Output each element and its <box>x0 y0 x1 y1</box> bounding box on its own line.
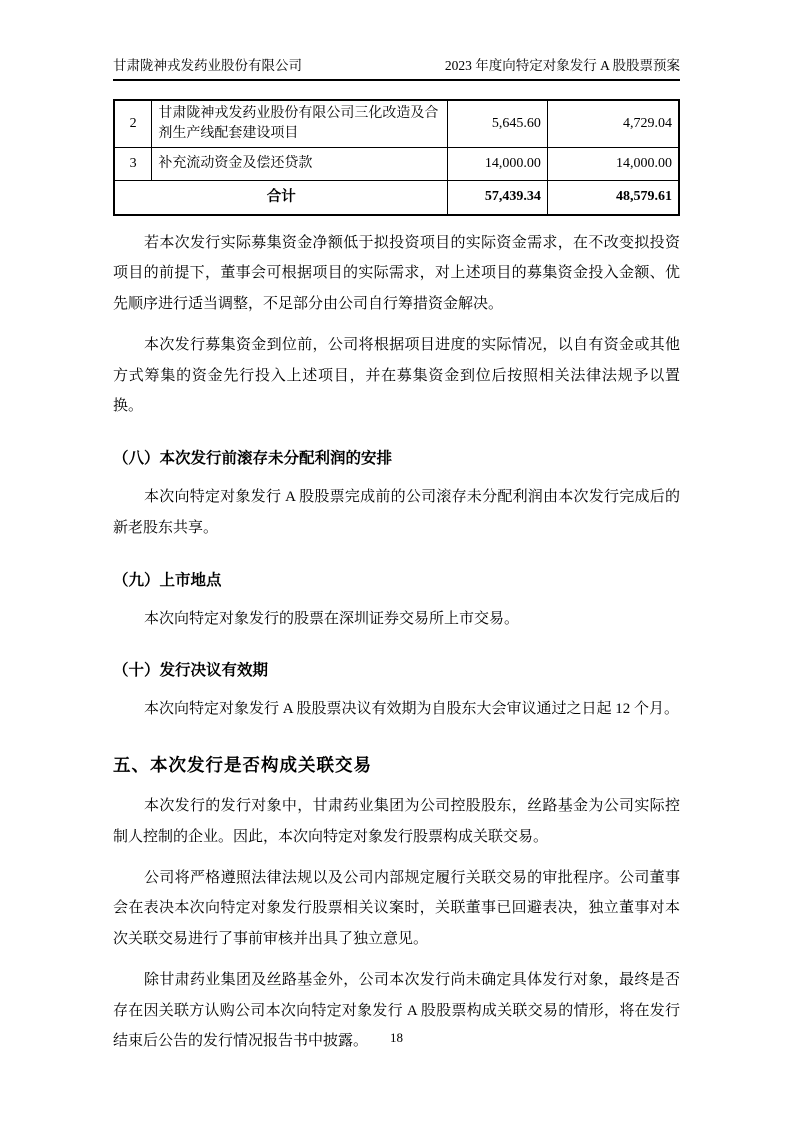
project-name-cell: 甘肃陇神戎发药业股份有限公司三化改造及合剂生产线配套建设项目 <box>152 100 448 148</box>
table-total-row: 合计 57,439.34 48,579.61 <box>114 181 679 215</box>
paragraph-fund-adjustment: 若本次发行实际募集资金净额低于拟投资项目的实际资金需求，在不改变拟投资项目的前提… <box>113 228 680 320</box>
table-row: 2 甘肃陇神戎发药业股份有限公司三化改造及合剂生产线配套建设项目 5,645.6… <box>114 100 679 148</box>
paragraph-listing-venue: 本次向特定对象发行的股票在深圳证券交易所上市交易。 <box>113 604 680 635</box>
heading-section-8: （八）本次发行前滚存未分配利润的安排 <box>113 446 680 468</box>
document-page: 甘肃陇神戎发药业股份有限公司 2023 年度向特定对象发行 A 股股票预案 2 … <box>0 0 793 1122</box>
heading-section-9: （九）上市地点 <box>113 568 680 590</box>
amount-total-cell: 5,645.60 <box>448 100 547 148</box>
row-number-cell: 2 <box>114 100 152 148</box>
total-amount-cell: 57,439.34 <box>448 181 547 215</box>
heading-chapter-5: 五、本次发行是否构成关联交易 <box>113 752 680 777</box>
page-number: 18 <box>0 1030 793 1046</box>
total-label-cell: 合计 <box>114 181 448 215</box>
amount-raised-cell: 4,729.04 <box>547 100 679 148</box>
amount-raised-cell: 14,000.00 <box>547 148 679 181</box>
row-number-cell: 3 <box>114 148 152 181</box>
header-document-title: 2023 年度向特定对象发行 A 股股票预案 <box>445 57 680 75</box>
paragraph-related-party-1: 本次发行的发行对象中，甘肃药业集团为公司控股股东，丝路基金为公司实际控制人控制的… <box>113 791 680 853</box>
table-row: 3 补充流动资金及偿还贷款 14,000.00 14,000.00 <box>114 148 679 181</box>
total-amount-raised-cell: 48,579.61 <box>547 181 679 215</box>
paragraph-resolution-validity: 本次向特定对象发行 A 股股票决议有效期为自股东大会审议通过之日起 12 个月。 <box>113 694 680 725</box>
header-company-name: 甘肃陇神戎发药业股份有限公司 <box>113 57 302 75</box>
fund-usage-table: 2 甘肃陇神戎发药业股份有限公司三化改造及合剂生产线配套建设项目 5,645.6… <box>113 99 680 216</box>
heading-section-10: （十）发行决议有效期 <box>113 658 680 680</box>
amount-total-cell: 14,000.00 <box>448 148 547 181</box>
running-header: 甘肃陇神戎发药业股份有限公司 2023 年度向特定对象发行 A 股股票预案 <box>113 0 680 81</box>
project-name-cell: 补充流动资金及偿还贷款 <box>152 148 448 181</box>
paragraph-retained-profit: 本次向特定对象发行 A 股股票完成前的公司滚存未分配利润由本次发行完成后的新老股… <box>113 482 680 544</box>
paragraph-pre-funding: 本次发行募集资金到位前，公司将根据项目进度的实际情况，以自有资金或其他方式筹集的… <box>113 330 680 422</box>
paragraph-related-party-2: 公司将严格遵照法律法规以及公司内部规定履行关联交易的审批程序。公司董事会在表决本… <box>113 863 680 955</box>
